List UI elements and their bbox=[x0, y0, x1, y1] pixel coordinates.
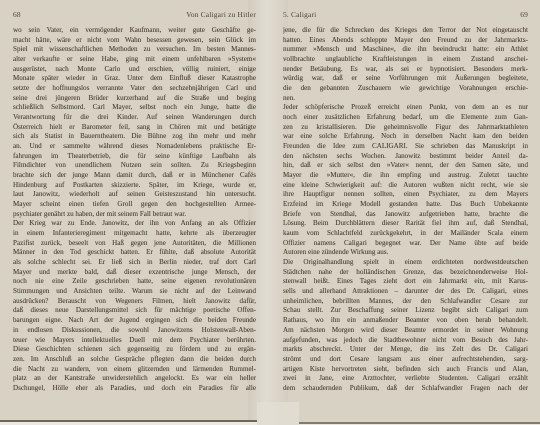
text-line: Freunden die Idee zum CALIGARI. Sie schr… bbox=[283, 142, 528, 152]
text-line: die den gebannten Zuschauern wie gewicht… bbox=[283, 84, 528, 94]
text-line: ausgerüstet, nach Monte Carlo und erschi… bbox=[13, 65, 256, 75]
text-line: war eine solche Erfahrung. Noch in derse… bbox=[283, 132, 528, 142]
text-line: Pazifist zurück, beseelt von Haß gegen j… bbox=[13, 239, 256, 249]
page-bottom-edge-left bbox=[0, 420, 257, 422]
text-line: strömt und dort Cesare langsam aus einer… bbox=[283, 355, 528, 365]
page-bottom-edge-right bbox=[299, 422, 540, 424]
page-left: 68 Von Caligari zu Hitler wo sein Vater,… bbox=[13, 0, 256, 394]
text-line: zwei in Jane, eine Arzttochter, verliebt… bbox=[283, 374, 528, 384]
text-line: setzte der hoffnungslos verrannte Vater … bbox=[13, 84, 256, 94]
page-text-right: jene, die für die Schrecken des Krieges … bbox=[283, 26, 528, 394]
text-line: Lösung. Beim Durchblättern dieser Raritä… bbox=[283, 219, 528, 229]
text-line: aufgefunden, was jedoch die Stadtbewohne… bbox=[283, 336, 528, 346]
text-line: artigen Kiste hervortreten sieht, befind… bbox=[283, 365, 528, 375]
text-line: Mayer scheint einen tiefen Groll gegen d… bbox=[13, 200, 256, 210]
text-line: hatten. Eines Abends schleppte Mayer den… bbox=[283, 36, 528, 46]
text-line: sich als Statist in Bauerntheatern. Die … bbox=[13, 132, 256, 142]
text-line: brachte sich der junge Mann damit durch,… bbox=[13, 171, 256, 181]
text-line: Stimmungen und Ansichten teilte. Warum s… bbox=[13, 287, 256, 297]
text-line: jene, die für die Schrecken des Krieges … bbox=[283, 26, 528, 36]
text-line: in endlosen Diskussionen, die sowohl Jan… bbox=[13, 326, 256, 336]
text-line: Diese Geschichten schienen sich gegensei… bbox=[13, 345, 256, 355]
text-line: stenwall heißt. Eines Tages zieht dort e… bbox=[283, 277, 528, 287]
text-line: Rathaus, wo ihn ein anmaßender Beamter v… bbox=[283, 316, 528, 326]
text-line: psychiater genährt zu haben, der mit sei… bbox=[13, 210, 256, 220]
text-line: daß dieses neue Darstellungsmittel sich … bbox=[13, 306, 256, 316]
text-line: teuer wie Mayers intellektuelles Duell m… bbox=[13, 336, 256, 346]
text-line: an. Und er sammelte während dieses Nomad… bbox=[13, 142, 256, 152]
text-line: Mayer die »Mutter«, die ihn empfing und … bbox=[283, 171, 528, 181]
text-line: seine drei jüngeren Brüder kurzerhand au… bbox=[13, 94, 256, 104]
text-line: Die Originalhandlung spielt in einem erd… bbox=[283, 258, 528, 268]
text-line: Am nächsten Morgen wird dieser Beamte er… bbox=[283, 326, 528, 336]
text-line: alter verkaufte er seine Habe, ging mit … bbox=[13, 55, 256, 65]
text-line: hin, daß er sich selbst den »Vater« nenn… bbox=[283, 161, 528, 171]
page-right: 5. Caligari 69 jene, die für die Schreck… bbox=[283, 0, 528, 394]
text-line: in einem Infanterieregiment mitgemacht h… bbox=[13, 229, 256, 239]
gutter-highlight bbox=[257, 402, 299, 425]
text-line: platz an der Kantstraße unwiderstehlich … bbox=[13, 374, 256, 384]
text-line: Briefe von Stendhal, das Janowitz aufget… bbox=[283, 210, 528, 220]
text-line: dem schaudernden Publikum, daß der Schla… bbox=[283, 384, 528, 394]
text-line: nen. bbox=[283, 94, 528, 104]
page-number-left: 68 bbox=[13, 10, 21, 19]
text-line: fahrungen im Theaterbetrieb, die für sei… bbox=[13, 152, 256, 162]
text-line: zen zu kristallisieren. Die geheimnisvol… bbox=[283, 123, 528, 133]
text-line: macht hätte, wäre er nicht vom Wahn bese… bbox=[13, 36, 256, 46]
running-head-right: 5. Caligari 69 bbox=[283, 10, 528, 19]
text-line: Verantwortung für die drei Kinder. Auf s… bbox=[13, 113, 256, 123]
text-line: markts abschreckt. Unter der Menge, die … bbox=[283, 345, 528, 355]
text-line: Männer in den Tod geschickt hatten. Er f… bbox=[13, 248, 256, 258]
text-line: noch einer zusätzlichen Erfahrung bedarf… bbox=[283, 113, 528, 123]
text-line: nender Betäubung. Es war, als sei er hyp… bbox=[283, 65, 528, 75]
text-line: Monate später wieder in Graz. Unter dem … bbox=[13, 74, 256, 84]
text-line: Filmdichter von unendlichem Nutzen sein … bbox=[13, 161, 256, 171]
text-line: noch nie eine Zeile geschrieben hatte, s… bbox=[13, 277, 256, 287]
text-line: Städtchen nahe der holländischen Grenze,… bbox=[283, 268, 528, 278]
text-line: ausdrücken? Berauscht von Wegeners Filme… bbox=[13, 297, 256, 307]
text-line: Jeder schöpferische Prozeß erreicht eine… bbox=[283, 103, 528, 113]
text-line: zen. Im Anschluß an solche Gespräche pfl… bbox=[13, 355, 256, 365]
text-line: Offizier namens Caligari begegnet war. D… bbox=[283, 239, 528, 249]
running-head-left: 68 Von Caligari zu Hitler bbox=[13, 10, 256, 19]
text-line: als solche schlecht sei. Er ließ sich in… bbox=[13, 258, 256, 268]
text-line: Spiel mit wissenschaftlichen Methoden zu… bbox=[13, 45, 256, 55]
text-line: sells und allerhand Attraktionen – darun… bbox=[283, 287, 528, 297]
book-spread: 68 Von Caligari zu Hitler wo sein Vater,… bbox=[0, 0, 540, 425]
text-line: unheimlichen, bebrillten Mannes, der den… bbox=[283, 297, 528, 307]
text-line: ihre Hauptfigur nennen sollten, einen Ps… bbox=[283, 190, 528, 200]
text-line: Hindenburg auf Postkarten skizzierte. Sp… bbox=[13, 181, 256, 191]
text-line: vollbrachte unglaubliche Kraftleistungen… bbox=[283, 55, 528, 65]
running-header-left: Von Caligari zu Hitler bbox=[186, 10, 256, 19]
text-line: Der Krieg war zu Ende. Janowitz, der ihn… bbox=[13, 219, 256, 229]
text-line: kaum vom Schlachtfeld zurückgekehrt, in … bbox=[283, 229, 528, 239]
text-line: schließlich Selbstmord. Carl Mayer, selb… bbox=[13, 103, 256, 113]
text-line: den nächsten sechs Wochen. Janowitz best… bbox=[283, 152, 528, 162]
text-line: die Nacht zu wandern, von einem glitzern… bbox=[13, 365, 256, 375]
text-line: Schau stellt. Zur Beschaffung seiner Liz… bbox=[283, 306, 528, 316]
text-line: nummer »Mensch und Maschine«, die ihn be… bbox=[283, 45, 528, 55]
text-line: würdig war, daß er seine Vorführungen mi… bbox=[283, 74, 528, 84]
text-line: Erzfeind im Kriege Modell gestanden hatt… bbox=[283, 200, 528, 210]
text-line: Österreich hielt er Barometer feil, sang… bbox=[13, 123, 256, 133]
page-number-right: 69 bbox=[520, 10, 528, 19]
text-line: laut Janowitz, wiederholt auf seinen Gei… bbox=[13, 190, 256, 200]
text-line: Autoren eine zündende Wirkung aus. bbox=[283, 248, 528, 258]
text-line: Dschungel, Hölle eher als Paradies, und … bbox=[13, 384, 256, 394]
text-line: wo sein Vater, ein vermögender Kaufmann,… bbox=[13, 26, 256, 36]
text-line: Mayer und merkte bald, daß dieser exzent… bbox=[13, 268, 256, 278]
running-header-right: 5. Caligari bbox=[283, 10, 316, 19]
text-line: eine kleine Schwierigkeit auf: die Autor… bbox=[283, 181, 528, 191]
page-text-left: wo sein Vater, ein vermögender Kaufmann,… bbox=[13, 26, 256, 394]
text-line: barungen eigne. Nach Art der Jugend ergi… bbox=[13, 316, 256, 326]
